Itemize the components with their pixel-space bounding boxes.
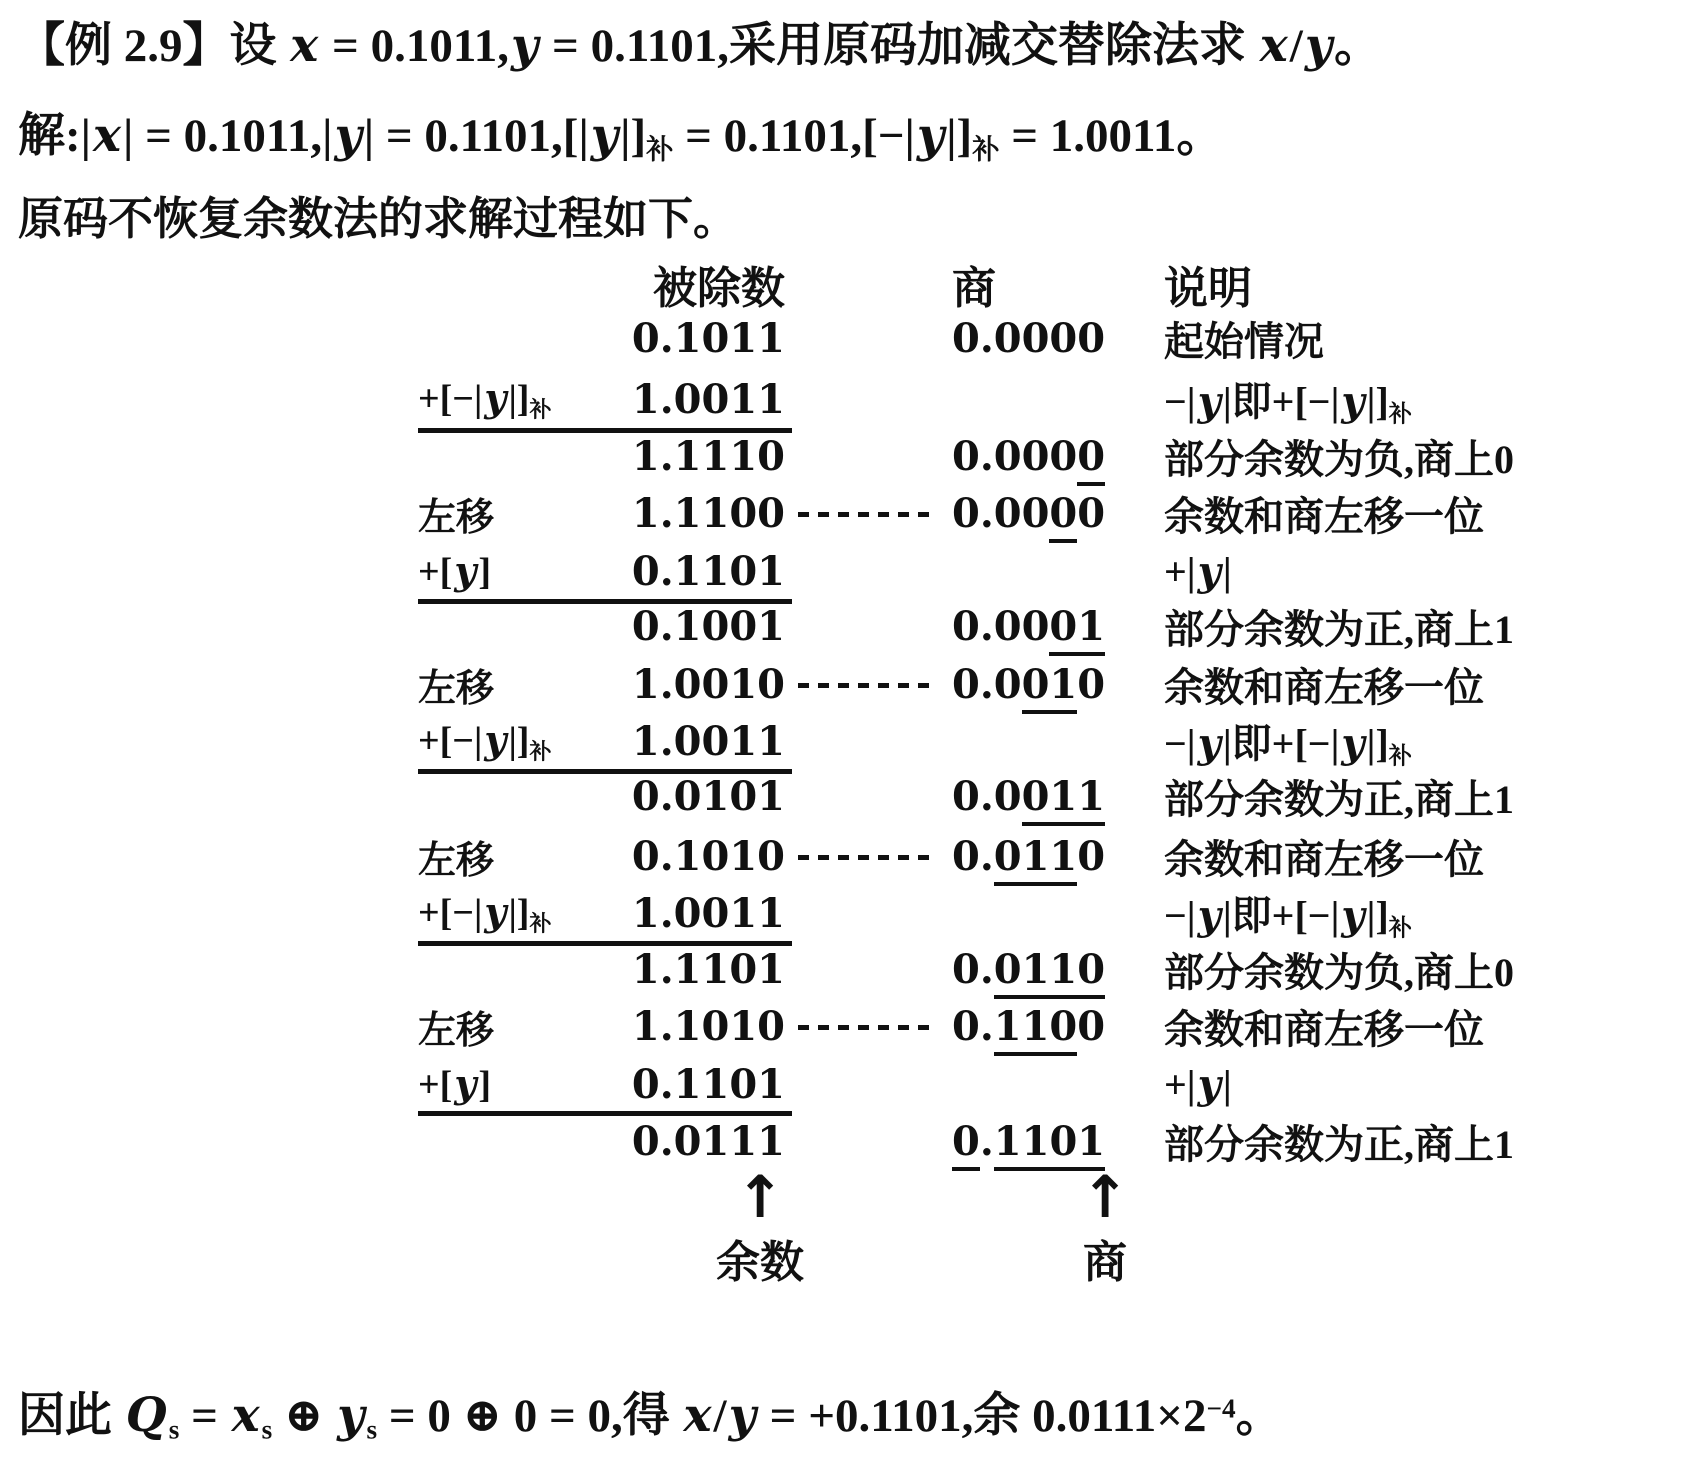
quotient-value: 0.1100 <box>950 1003 1160 1050</box>
arrow-up-icon: ↑ <box>1045 1168 1165 1226</box>
quotient-value: 0.0000 <box>950 433 1160 480</box>
note-text: 部分余数为正,商上1 <box>1160 1113 1698 1170</box>
note-text: 余数和商左移一位 <box>1160 485 1698 542</box>
dividend-value: 1.0011 <box>610 718 785 765</box>
op-label: +[−|y|]补 <box>418 889 610 938</box>
dividend-value: 0.1011 <box>610 315 785 362</box>
note-text: 起始情况 <box>1160 310 1698 367</box>
op-label: +[y] <box>418 1061 610 1107</box>
table-row: 0.1011 0.0000 起始情况 <box>0 309 1698 367</box>
dividend-value: 0.1001 <box>610 603 785 650</box>
table-header-row: 被除数 商 说明 <box>0 252 1698 310</box>
table-row: 左移 0.1010 0.0110 余数和商左移一位 <box>0 827 1698 885</box>
op-label: 左移 <box>418 999 610 1054</box>
note-text: −|y|即+[−|y|]补 <box>1160 370 1698 428</box>
op-label: +[−|y|]补 <box>418 717 610 766</box>
quotient-value: 0.0000 <box>950 490 1160 537</box>
dividend-value: 1.1010 <box>610 1003 785 1050</box>
dividend-value: 1.1110 <box>610 433 785 480</box>
table-row: 左移 1.0010 0.0010 余数和商左移一位 <box>0 655 1698 713</box>
arrow-up-icon: ↑ <box>700 1168 820 1226</box>
note-text: 部分余数为负,商上0 <box>1160 941 1698 998</box>
table-row: +[y] 0.1101 +|y| <box>0 1055 1698 1113</box>
quotient-pointer: ↑ 商 <box>1045 1168 1165 1290</box>
table-row: 0.0111 0.1101 部分余数为正,商上1 <box>0 1112 1698 1170</box>
textbook-page: 【例 2.9】设 x = 0.1011,y = 0.1101,采用原码加减交替除… <box>0 0 1698 1472</box>
table-row: 1.1110 0.0000 部分余数为负,商上0 <box>0 427 1698 485</box>
dividend-value: 1.0011 <box>610 890 785 937</box>
dividend-value: 0.1101 <box>610 548 785 595</box>
table-row: +[−|y|]补 1.0011 −|y|即+[−|y|]补 <box>0 370 1698 428</box>
solution-setup-line: 解:|x| = 0.1011,|y| = 0.1101,[|y|]补 = 0.1… <box>18 98 1223 167</box>
shift-connector <box>798 683 938 688</box>
dividend-value: 1.0011 <box>610 376 785 423</box>
quotient-value: 0.0110 <box>950 946 1160 993</box>
op-label: +[y] <box>418 548 610 594</box>
dividend-value: 1.0010 <box>610 661 785 708</box>
example-title-line: 【例 2.9】设 x = 0.1011,y = 0.1101,采用原码加减交替除… <box>18 8 1381 75</box>
note-text: 部分余数为正,商上1 <box>1160 598 1698 655</box>
dividend-value: 1.1101 <box>610 946 785 993</box>
table-row: 1.1101 0.0110 部分余数为负,商上0 <box>0 940 1698 998</box>
remainder-label: 余数 <box>700 1226 820 1290</box>
quotient-value: 0.0001 <box>950 603 1160 650</box>
quotient-value: 0.1101 <box>950 1118 1160 1165</box>
quotient-value: 0.0010 <box>950 661 1160 708</box>
table-row: 0.0101 0.0011 部分余数为正,商上1 <box>0 767 1698 825</box>
quotient-label: 商 <box>1045 1226 1165 1290</box>
note-text: −|y|即+[−|y|]补 <box>1160 884 1698 942</box>
dividend-value: 0.0101 <box>610 773 785 820</box>
method-intro-line: 原码不恢复余数法的求解过程如下。 <box>18 182 738 247</box>
dividend-value: 0.1010 <box>610 833 785 880</box>
header-note-label: 说明 <box>1160 252 1698 316</box>
shift-connector <box>798 855 938 860</box>
table-row: 左移 1.1100 0.0000 余数和商左移一位 <box>0 484 1698 542</box>
table-row: 0.1001 0.0001 部分余数为正,商上1 <box>0 597 1698 655</box>
table-row: +[y] 0.1101 +|y| <box>0 542 1698 600</box>
remainder-pointer: ↑ 余数 <box>700 1168 820 1290</box>
note-text: +|y| <box>1160 548 1698 595</box>
shift-connector <box>798 512 938 517</box>
op-label: 左移 <box>418 486 610 541</box>
op-label: 左移 <box>418 657 610 712</box>
table-row: +[−|y|]补 1.0011 −|y|即+[−|y|]补 <box>0 884 1698 942</box>
note-text: 部分余数为正,商上1 <box>1160 768 1698 825</box>
op-label: +[−|y|]补 <box>418 375 610 424</box>
dividend-value: 1.1100 <box>610 490 785 537</box>
quotient-value: 0.0011 <box>950 773 1160 820</box>
note-text: −|y|即+[−|y|]补 <box>1160 712 1698 770</box>
shift-connector <box>798 1025 938 1030</box>
note-text: 余数和商左移一位 <box>1160 998 1698 1055</box>
note-text: 余数和商左移一位 <box>1160 828 1698 885</box>
conclusion-line: 因此 Qs = xs ⊕ ys = 0 ⊕ 0 = 0,得 x/y = +0.1… <box>18 1378 1283 1446</box>
op-label: 左移 <box>418 829 610 884</box>
note-text: 部分余数为负,商上0 <box>1160 428 1698 485</box>
table-row: +[−|y|]补 1.0011 −|y|即+[−|y|]补 <box>0 712 1698 770</box>
header-dividend-label: 被除数 <box>610 252 785 316</box>
quotient-value: 0.0000 <box>950 315 1160 362</box>
header-quotient-label: 商 <box>950 252 1160 316</box>
dividend-value: 0.1101 <box>610 1061 785 1108</box>
dividend-value: 0.0111 <box>610 1118 785 1165</box>
note-text: +|y| <box>1160 1061 1698 1108</box>
table-row: 左移 1.1010 0.1100 余数和商左移一位 <box>0 997 1698 1055</box>
quotient-value: 0.0110 <box>950 833 1160 880</box>
note-text: 余数和商左移一位 <box>1160 656 1698 713</box>
